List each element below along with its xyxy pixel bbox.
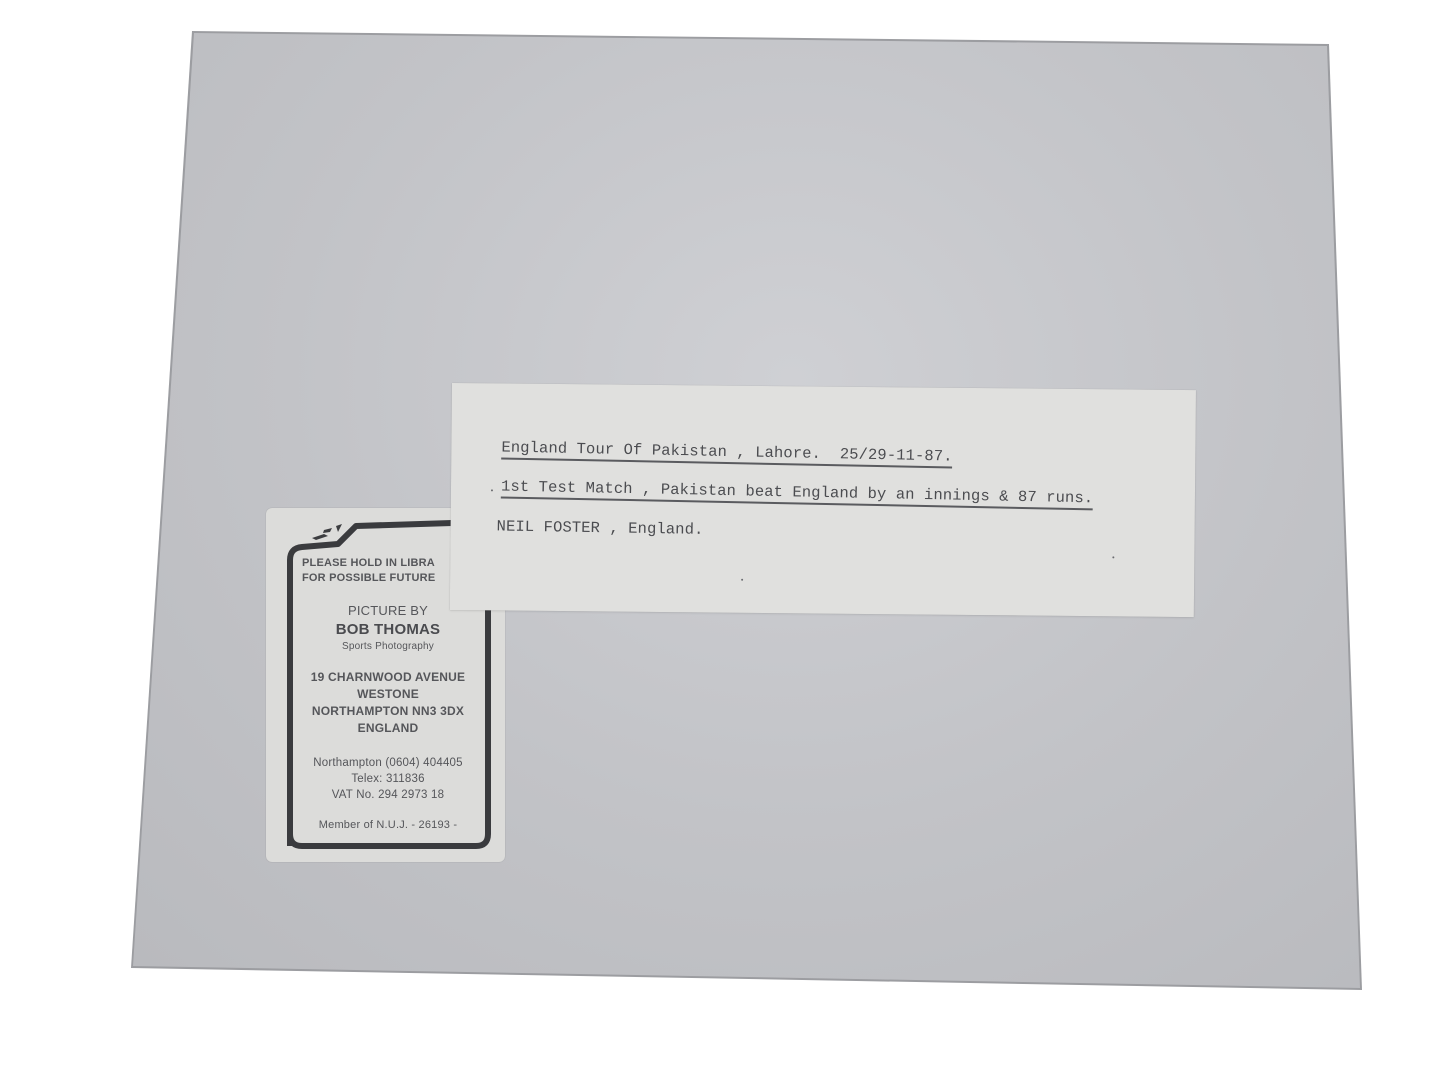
vat-number: VAT No. 294 2973 18 xyxy=(288,787,488,803)
hold-line-2: FOR POSSIBLE FUTURE xyxy=(302,571,452,586)
ink-speck xyxy=(741,579,743,581)
ink-speck xyxy=(491,489,493,491)
telex-number: Telex: 311836 xyxy=(288,771,488,787)
phone-number: Northampton (0604) 404405 xyxy=(288,755,488,771)
caption-line-player: NEIL FOSTER , England. xyxy=(496,517,703,538)
address-line: WESTONE xyxy=(288,686,488,703)
photographer-name: BOB THOMAS xyxy=(288,621,488,638)
address-line: ENGLAND xyxy=(288,720,488,737)
photographer-subtitle: Sports Photography xyxy=(288,641,488,652)
address-line: 19 CHARNWOOD AVENUE xyxy=(288,669,488,686)
hold-line-1: PLEASE HOLD IN LIBRA xyxy=(302,556,452,571)
photo-back-scene: PLEASE HOLD IN LIBRA FOR POSSIBLE FUTURE… xyxy=(0,0,1440,1080)
nuj-membership: Member of N.U.J. - 26193 - xyxy=(288,819,488,831)
address-line: NORTHAMPTON NN3 3DX xyxy=(288,703,488,720)
hold-notice: PLEASE HOLD IN LIBRA FOR POSSIBLE FUTURE xyxy=(302,556,452,586)
ink-speck xyxy=(1112,556,1114,558)
photographer-address: 19 CHARNWOOD AVENUE WESTONE NORTHAMPTON … xyxy=(288,669,488,737)
caption-line-match-result: 1st Test Match , Pakistan beat England b… xyxy=(501,477,1094,510)
caption-line-tour: England Tour Of Pakistan , Lahore. 25/29… xyxy=(501,438,953,468)
caption-slip: England Tour Of Pakistan , Lahore. 25/29… xyxy=(450,383,1196,617)
contact-details: Northampton (0604) 404405 Telex: 311836 … xyxy=(288,755,488,803)
